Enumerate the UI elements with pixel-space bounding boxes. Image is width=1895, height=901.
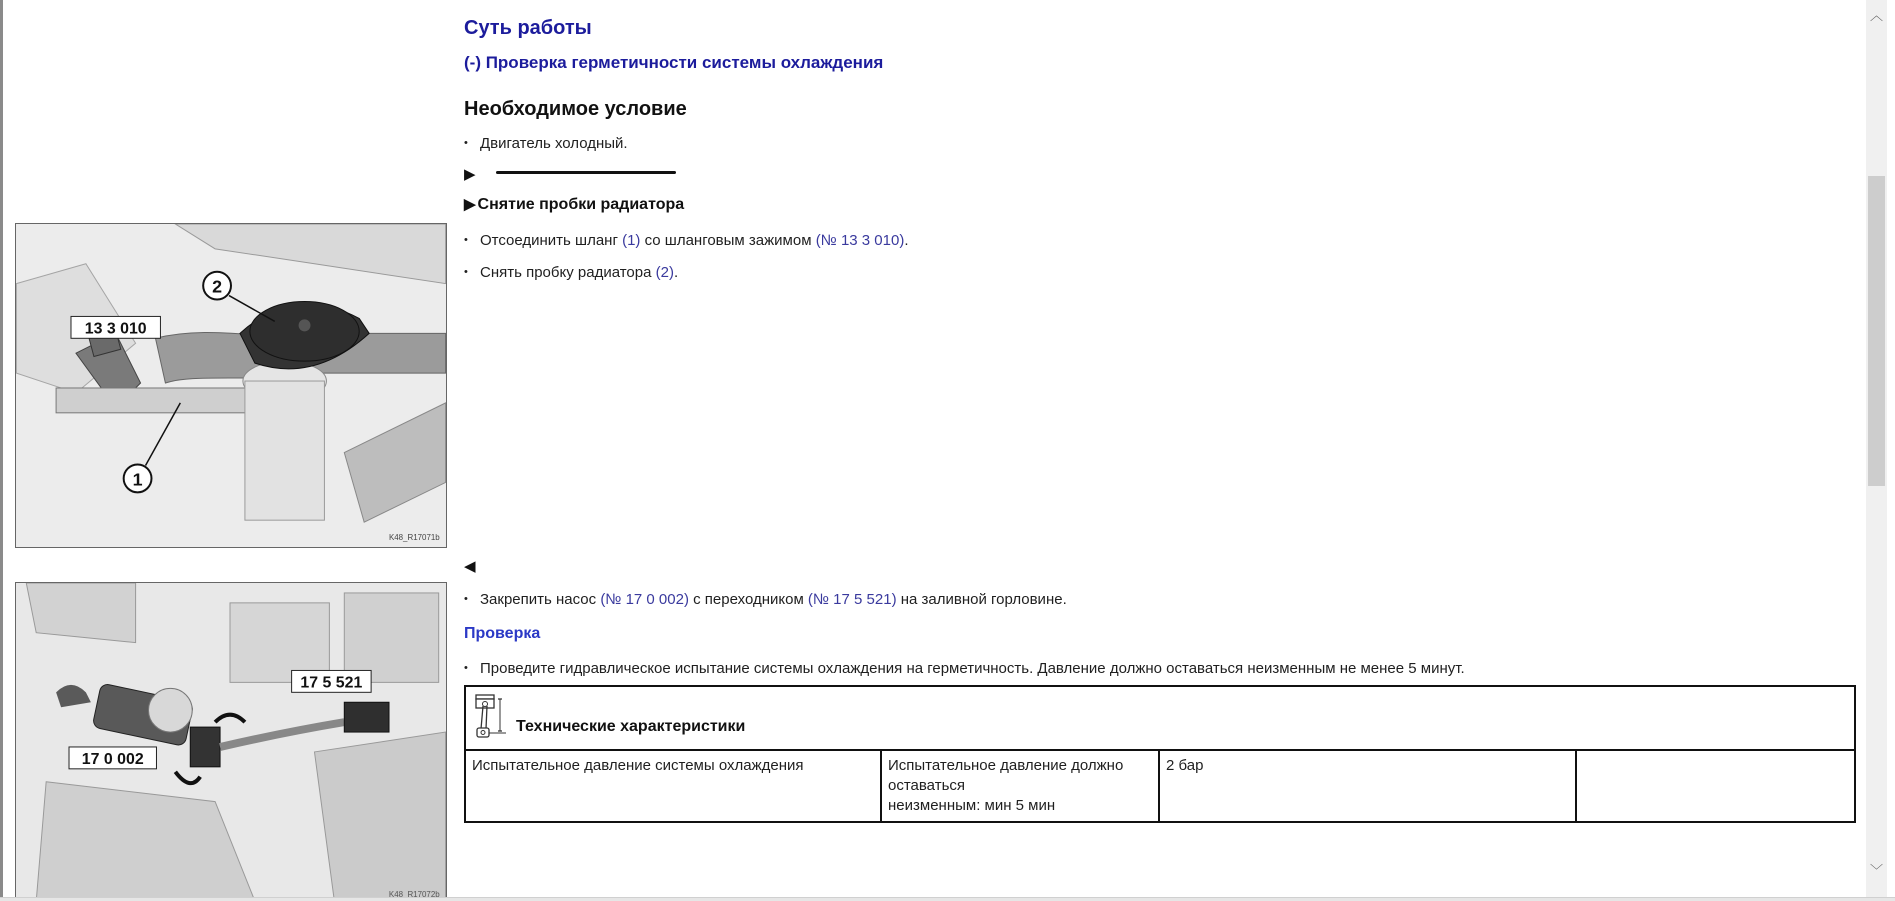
figure-radiator-cap: 13 3 010 2 1 K48_R17071b	[15, 223, 447, 548]
piston-dimension-icon	[474, 693, 508, 739]
spec-name-cell: Испытательное давление системы охлаждени…	[465, 750, 881, 822]
tool-link-13-3-010[interactable]: (№ 13 3 010)	[816, 232, 905, 249]
bullet-icon: •	[464, 137, 480, 149]
step-item: •Отсоединить шланг (1) со шланговым зажи…	[464, 232, 909, 249]
scroll-up-chevron-icon[interactable]: ︿	[1866, 5, 1887, 27]
tool-link-17-0-002[interactable]: (№ 17 0 002)	[600, 591, 689, 608]
spec-condition-cell: Испытательное давление должно оставаться…	[881, 750, 1159, 822]
check-item: •Проведите гидравлическое испытание сист…	[464, 660, 1465, 677]
pump-adapter-illustration: 17 5 521 17 0 002 K48_R17072b	[16, 583, 446, 901]
svg-text:1: 1	[133, 469, 143, 489]
window-bottom-border	[0, 897, 1895, 901]
condition-heading: Необходимое условие	[464, 98, 687, 121]
spec-table: Технические характеристики Испытательное…	[464, 685, 1856, 823]
procedure-title: (-) Проверка герметичности системы охлаж…	[464, 53, 883, 73]
figure-pump-adapter: 17 5 521 17 0 002 K48_R17072b	[15, 582, 447, 901]
svg-text:17 0 002: 17 0 002	[82, 751, 144, 768]
svg-text:13 3 010: 13 3 010	[85, 320, 147, 337]
mount-item: •Закрепить насос (№ 17 0 002) с переходн…	[464, 591, 1067, 608]
svg-text:K48_R17071b: K48_R17071b	[389, 533, 440, 542]
step-item: •Снять пробку радиатора (2).	[464, 264, 678, 281]
back-arrow-icon: ◀	[464, 557, 476, 575]
spec-value-cell: 2 бар	[1159, 750, 1576, 822]
bullet-icon: •	[464, 593, 480, 605]
window-left-border	[0, 0, 3, 901]
table-row: Испытательное давление системы охлаждени…	[465, 750, 1855, 822]
vertical-scrollbar[interactable]: ︿ ﹀	[1866, 0, 1887, 897]
bullet-icon: •	[464, 234, 480, 246]
spec-table-header: Технические характеристики	[465, 686, 1855, 750]
svg-text:2: 2	[212, 277, 222, 297]
divider-line	[496, 171, 676, 174]
radiator-cap-illustration: 13 3 010 2 1 K48_R17071b	[16, 224, 446, 547]
page-title: Суть работы	[464, 17, 592, 40]
scroll-down-chevron-icon[interactable]: ﹀	[1866, 860, 1887, 882]
play-arrow-icon: ▶	[464, 196, 476, 213]
svg-text:17 5 521: 17 5 521	[300, 674, 362, 691]
play-arrow-icon: ▶	[464, 165, 476, 183]
check-heading: Проверка	[464, 625, 540, 643]
callout-link-1[interactable]: (1)	[622, 232, 640, 249]
scrollbar-thumb[interactable]	[1868, 176, 1885, 486]
spec-extra-cell	[1576, 750, 1855, 822]
bullet-icon: •	[464, 662, 480, 674]
tool-link-17-5-521[interactable]: (№ 17 5 521)	[808, 591, 897, 608]
spec-table-title: Технические характеристики	[516, 717, 745, 739]
callout-link-2[interactable]: (2)	[656, 264, 674, 281]
step-heading: ▶Снятие пробки радиатора	[464, 195, 684, 214]
condition-item: •Двигатель холодный.	[464, 135, 628, 152]
bullet-icon: •	[464, 266, 480, 278]
